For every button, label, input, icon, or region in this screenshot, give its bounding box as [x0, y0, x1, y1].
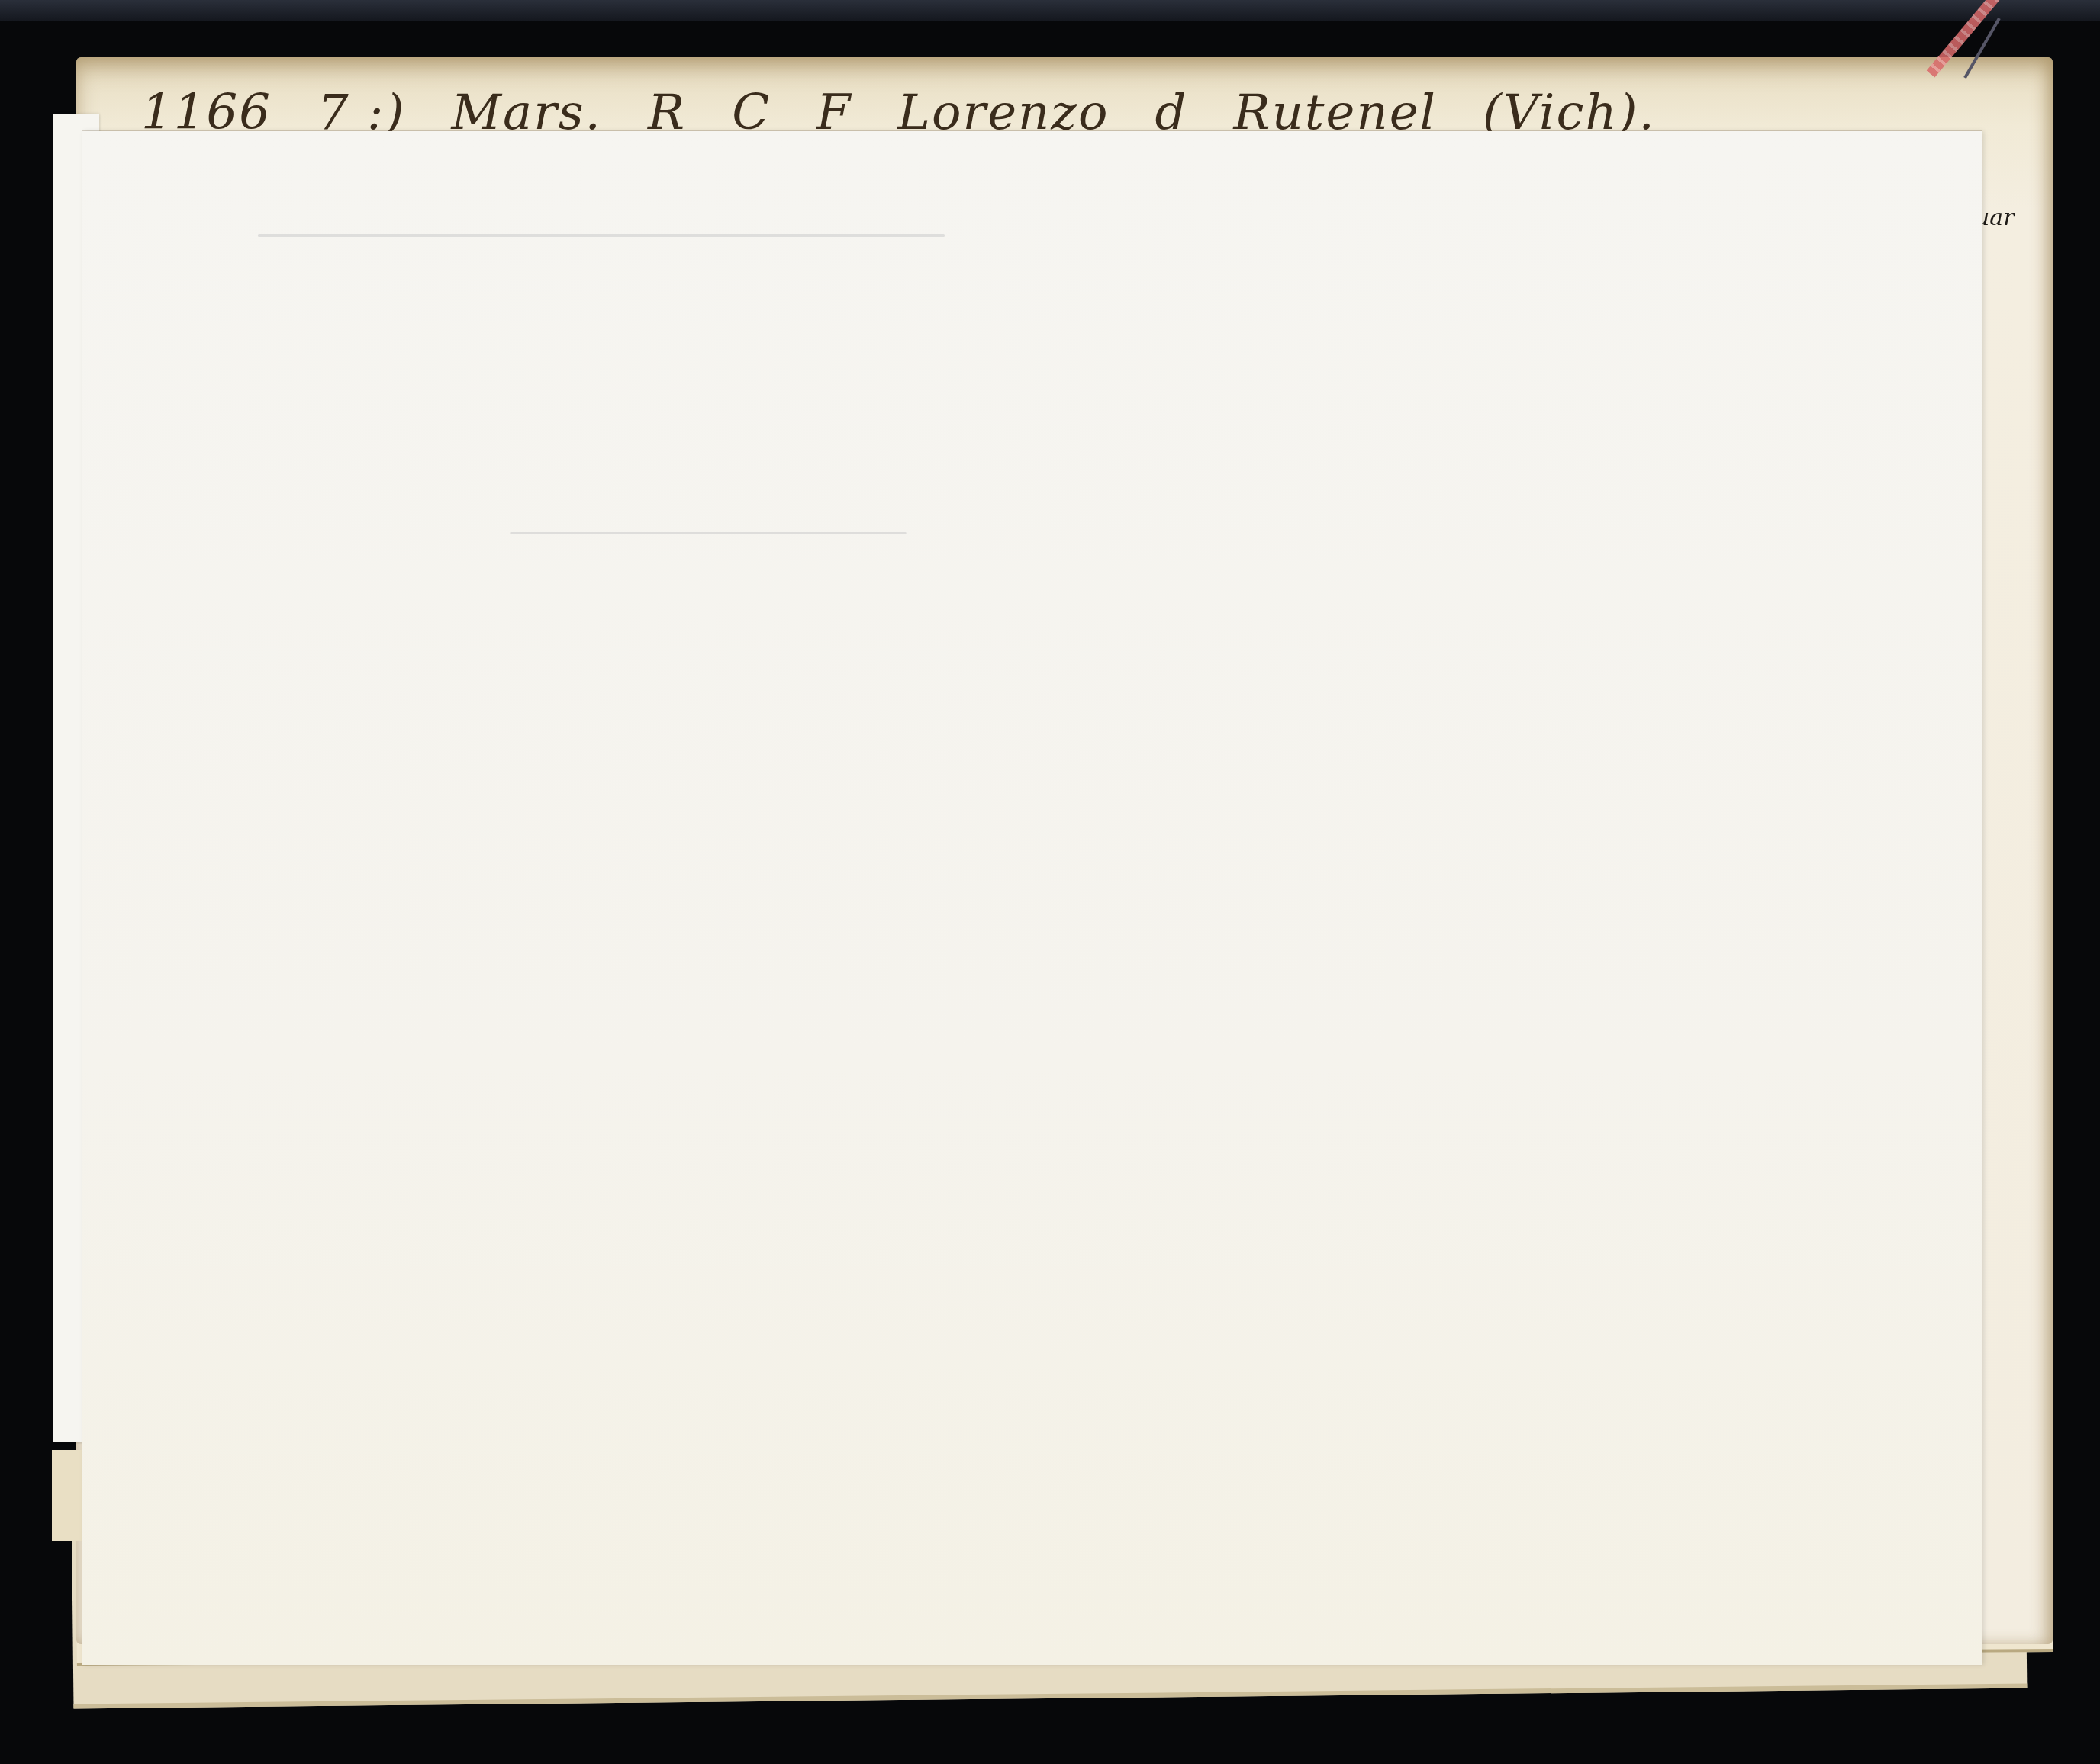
- left-page-tab: [52, 1450, 82, 1541]
- scanner-bed-edge: [0, 0, 2100, 21]
- front-blank-sheet: [82, 131, 1982, 1665]
- bleed-through-rule: [258, 234, 945, 237]
- bleed-through-rule: [510, 532, 907, 534]
